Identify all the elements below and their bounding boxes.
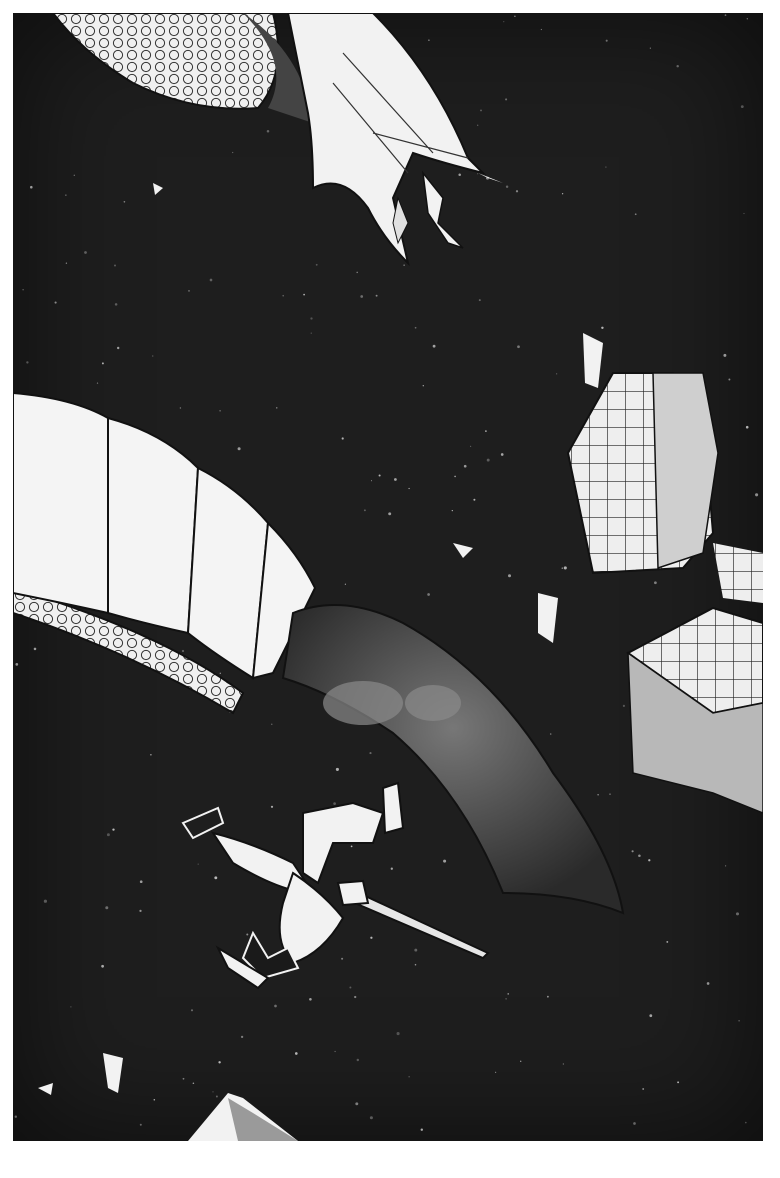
space-scene-illustration [13, 13, 763, 1141]
tiled-debris [538, 333, 763, 813]
manga-panel: Full-page panel: dark starry space with … [13, 13, 763, 1141]
falling-swordsman [183, 783, 488, 988]
top-creature [53, 13, 503, 263]
